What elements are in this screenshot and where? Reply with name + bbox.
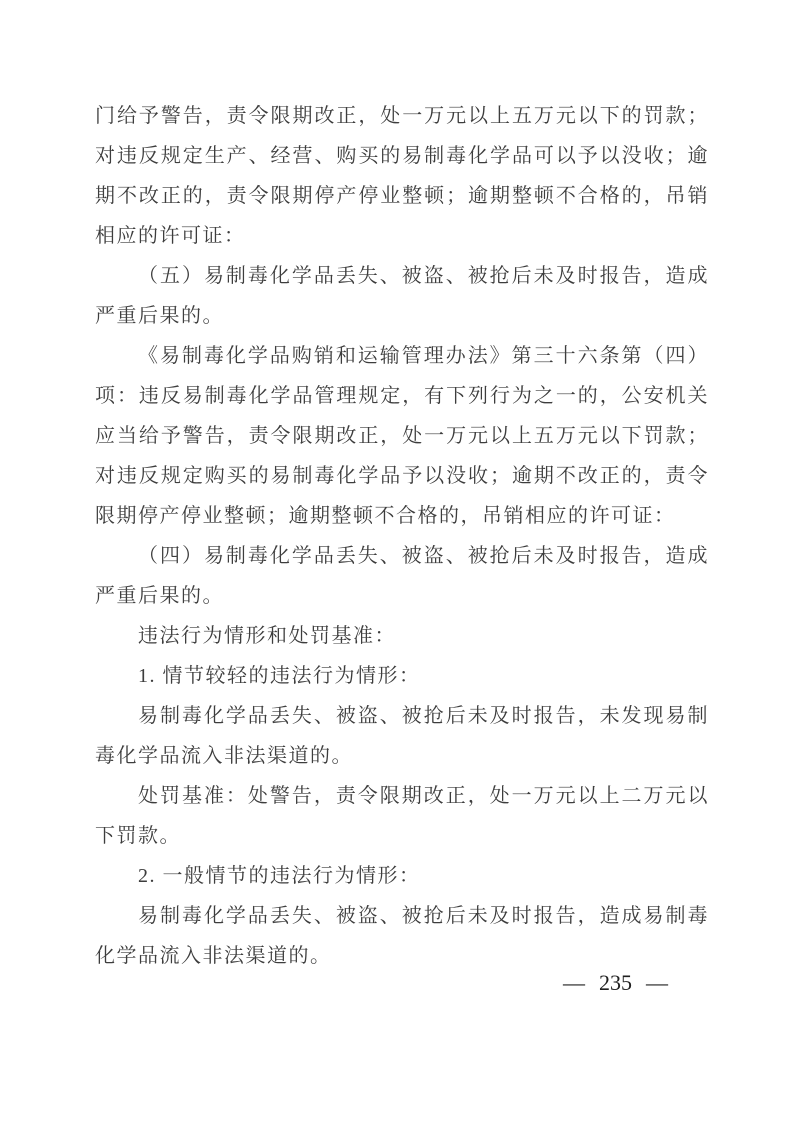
paragraph: 处罚基准：处警告，责令限期改正，处一万元以上二万元以下罚款。 <box>95 776 709 856</box>
page-number: 235 <box>599 970 632 996</box>
footer-left-dash: — <box>563 970 585 996</box>
document-body: 门给予警告，责令限期改正，处一万元以上五万元以下的罚款；对违反规定生产、经营、购… <box>95 96 709 976</box>
paragraph: （四）易制毒化学品丢失、被盗、被抢后未及时报告，造成严重后果的。 <box>95 536 709 616</box>
paragraph: 易制毒化学品丢失、被盗、被抢后未及时报告，造成易制毒化学品流入非法渠道的。 <box>95 896 709 976</box>
paragraph: 1. 情节较轻的违法行为情形： <box>95 656 709 696</box>
document-page: 门给予警告，责令限期改正，处一万元以上五万元以下的罚款；对违反规定生产、经营、购… <box>0 0 793 1122</box>
paragraph: 违法行为情形和处罚基准： <box>95 616 709 656</box>
footer-right-dash: — <box>646 970 668 996</box>
page-footer: — 235 — <box>563 970 668 996</box>
paragraph: 2. 一般情节的违法行为情形： <box>95 856 709 896</box>
paragraph: 《易制毒化学品购销和运输管理办法》第三十六条第（四）项：违反易制毒化学品管理规定… <box>95 336 709 536</box>
paragraph: 易制毒化学品丢失、被盗、被抢后未及时报告，未发现易制毒化学品流入非法渠道的。 <box>95 696 709 776</box>
paragraph: 门给予警告，责令限期改正，处一万元以上五万元以下的罚款；对违反规定生产、经营、购… <box>95 96 709 256</box>
paragraph: （五）易制毒化学品丢失、被盗、被抢后未及时报告，造成严重后果的。 <box>95 256 709 336</box>
